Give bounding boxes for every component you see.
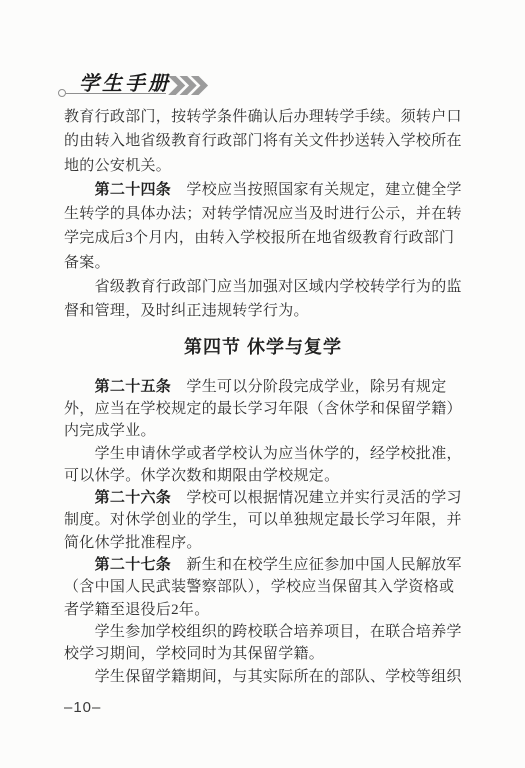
text-line: 可以休学。休学次数和期限由学校规定。 (64, 465, 462, 487)
handbook-page: 学生手册 教育行政部门，按转学条件确认后办理转学手续。须转户口的由转入地省级教育… (0, 0, 525, 768)
handbook-title: 学生手册 (79, 67, 171, 96)
text-line: 学完成后3个月内，由转入学校报所在地省级教育行政部门 (64, 226, 462, 250)
line-text: 学校可以根据情况建立并实行灵活的学习 (171, 490, 462, 506)
line-text: 省级教育行政部门应当加强对区域内学校转学行为的监 (64, 279, 462, 295)
text-line: 第二十六条 学校可以根据情况建立并实行灵活的学习 (64, 487, 462, 509)
section-heading: 第四节 休学与复学 (64, 334, 462, 360)
page-content: 学生手册 教育行政部门，按转学条件确认后办理转学手续。须转户口的由转入地省级教育… (64, 68, 462, 716)
line-text: 备案。 (64, 255, 110, 271)
text-line: 省级教育行政部门应当加强对区域内学校转学行为的监 (64, 275, 462, 299)
article-number: 第二十六条 (64, 489, 171, 506)
line-text: 外，应当在学校规定的最长学习年限（含休学和保留学籍） (64, 401, 462, 417)
line-text: 内完成学业。 (64, 423, 156, 439)
text-line: 内完成学业。 (64, 420, 462, 442)
line-text: 学完成后3个月内，由转入学校报所在地省级教育行政部门 (64, 230, 454, 246)
line-text: 学生保留学籍期间，与其实际所在的部队、学校等组织 (64, 669, 462, 685)
text-line: 者学籍至退役后2年。 (64, 599, 462, 621)
text-line: 督和管理，及时纠正违规转学行为。 (64, 299, 462, 323)
text-line: 简化休学批准程序。 (64, 532, 462, 554)
article-number: 第二十四条 (64, 181, 171, 198)
line-text: 学生可以分阶段完成学业，除另有规定 (171, 379, 446, 395)
article-number: 第二十七条 (64, 556, 171, 573)
line-text: 学生参加学校组织的跨校联合培养项目，在联合培养学 (64, 624, 462, 640)
line-text: 制度。对休学创业的学生，可以单独规定最长学习年限，并 (64, 512, 462, 528)
text-line: 教育行政部门，按转学条件确认后办理转学手续。须转户口 (64, 105, 462, 129)
line-text: 教育行政部门，按转学条件确认后办理转学手续。须转户口 (64, 109, 462, 125)
paragraphs-after-heading: 第二十五条 学生可以分阶段完成学业，除另有规定外，应当在学校规定的最长学习年限（… (64, 376, 462, 688)
line-text: 的由转入地省级教育行政部门将有关文件抄送转入学校所在 (64, 133, 462, 149)
line-text: 可以休学。休学次数和期限由学校规定。 (64, 468, 339, 484)
text-line: 学生申请休学或者学校认为应当休学的，经学校批准， (64, 443, 462, 465)
text-line: 地的公安机关。 (64, 154, 462, 178)
line-text: 学生申请休学或者学校认为应当休学的，经学校批准， (64, 446, 462, 462)
text-line: （含中国人民武装警察部队），学校应当保留其入学资格或 (64, 576, 462, 598)
text-line: 备案。 (64, 251, 462, 275)
text-line: 学生保留学籍期间，与其实际所在的部队、学校等组织 (64, 666, 462, 688)
page-number: –10– (64, 699, 462, 716)
text-line: 第二十五条 学生可以分阶段完成学业，除另有规定 (64, 376, 462, 398)
text-line: 制度。对休学创业的学生，可以单独规定最长学习年限，并 (64, 509, 462, 531)
line-text: 学校应当按照国家有关规定，建立健全学 (171, 182, 462, 198)
line-text: 简化休学批准程序。 (64, 535, 202, 551)
page-header: 学生手册 (64, 68, 462, 96)
line-text: 生转学的具体办法；对转学情况应当及时进行公示，并在转 (64, 206, 462, 222)
article-number: 第二十五条 (64, 378, 171, 395)
triple-chevron-right-icon (168, 76, 212, 95)
line-text: （含中国人民武装警察部队），学校应当保留其入学资格或 (64, 579, 454, 595)
line-text: 地的公安机关。 (64, 158, 171, 174)
line-text: 者学籍至退役后2年。 (64, 602, 210, 618)
text-line: 第二十七条 新生和在校学生应征参加中国人民解放军 (64, 554, 462, 576)
paragraphs-before-heading: 教育行政部门，按转学条件确认后办理转学手续。须转户口的由转入地省级教育行政部门将… (64, 105, 462, 324)
text-line: 第二十四条 学校应当按照国家有关规定，建立健全学 (64, 178, 462, 202)
text-line: 学生参加学校组织的跨校联合培养项目，在联合培养学 (64, 621, 462, 643)
text-line: 外，应当在学校规定的最长学习年限（含休学和保留学籍） (64, 398, 462, 420)
line-text: 新生和在校学生应征参加中国人民解放军 (171, 557, 462, 573)
text-line: 校学习期间，学校同时为其保留学籍。 (64, 643, 462, 665)
text-line: 的由转入地省级教育行政部门将有关文件抄送转入学校所在 (64, 129, 462, 153)
text-line: 生转学的具体办法；对转学情况应当及时进行公示，并在转 (64, 202, 462, 226)
circle-ornament (58, 89, 66, 97)
line-text: 校学习期间，学校同时为其保留学籍。 (64, 646, 324, 662)
line-text: 督和管理，及时纠正违规转学行为。 (64, 303, 309, 319)
